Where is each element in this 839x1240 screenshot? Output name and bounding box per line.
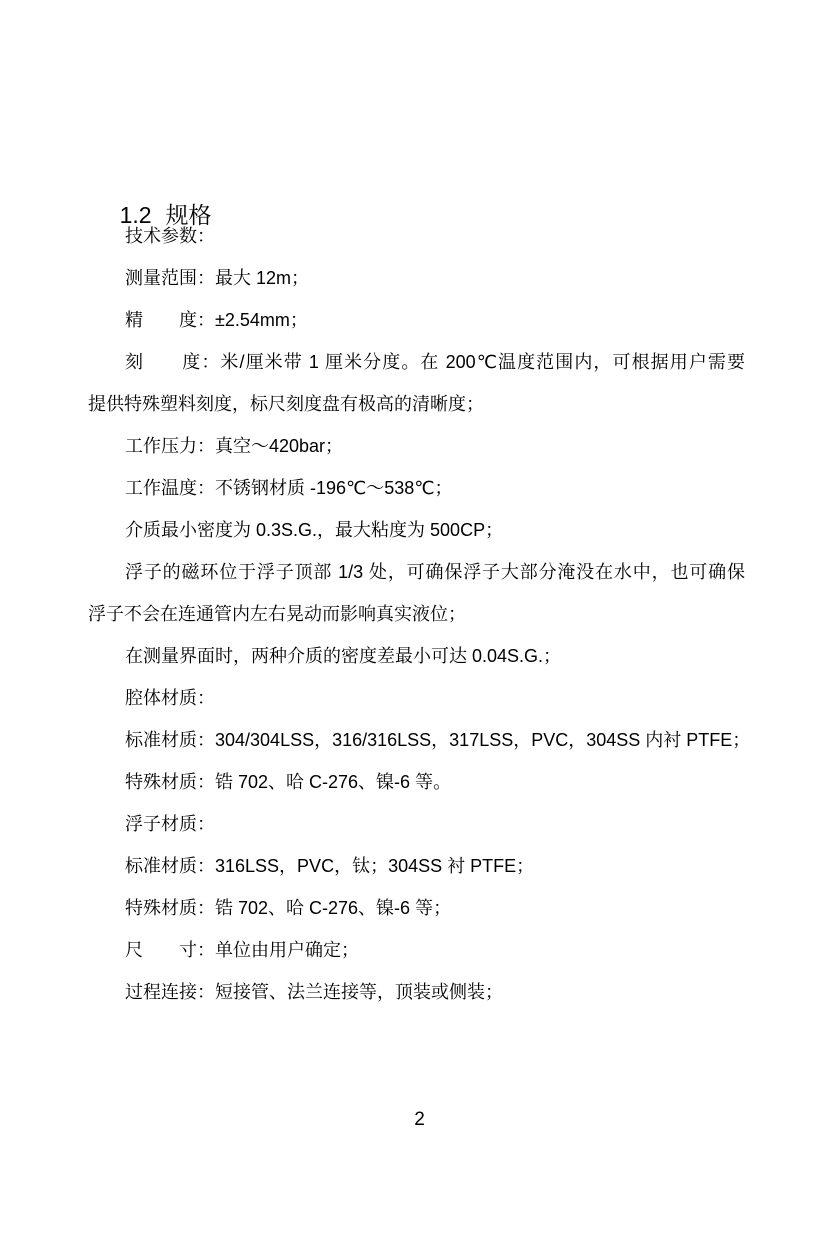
spec-line: 精 度：±2.54mm； xyxy=(88,299,745,341)
spec-line: 浮子材质： xyxy=(88,803,745,845)
document-page: 1.2规格 技术参数： 测量范围：最大 12m； 精 度：±2.54mm； 刻 … xyxy=(0,0,839,1240)
spec-line: 介质最小密度为 0.3S.G.，最大粘度为 500CP； xyxy=(88,509,745,551)
spec-line: 特殊材质：锆 702、哈 C-276、镍-6 等； xyxy=(88,887,745,929)
document-body: 技术参数： 测量范围：最大 12m； 精 度：±2.54mm； 刻 度：米/厘米… xyxy=(88,215,745,1013)
spec-line: 浮子的磁环位于浮子顶部 1/3 处，可确保浮子大部分淹没在水中，也可确保 xyxy=(88,551,745,593)
spec-line: 在测量界面时，两种介质的密度差最小可达 0.04S.G.； xyxy=(88,635,745,677)
spec-line: 工作温度：不锈钢材质 -196℃～538℃； xyxy=(88,467,745,509)
spec-line: 特殊材质：锆 702、哈 C-276、镍-6 等。 xyxy=(88,761,745,803)
spec-line: 标准材质：304/304LSS，316/316LSS，317LSS，PVC，30… xyxy=(88,719,745,761)
spec-line: 测量范围：最大 12m； xyxy=(88,257,745,299)
spec-line: 技术参数： xyxy=(88,215,745,257)
spec-line: 浮子不会在连通管内左右晃动而影响真实液位； xyxy=(88,593,745,635)
spec-line: 腔体材质： xyxy=(88,677,745,719)
spec-line: 过程连接：短接管、法兰连接等，顶装或侧装； xyxy=(88,971,745,1013)
spec-line: 尺 寸：单位由用户确定； xyxy=(88,929,745,971)
spec-line: 刻 度：米/厘米带 1 厘米分度。在 200℃温度范围内，可根据用户需要 xyxy=(88,341,745,383)
spec-line: 标准材质：316LSS，PVC，钛；304SS 衬 PTFE； xyxy=(88,845,745,887)
spec-line: 工作压力：真空～420bar； xyxy=(88,425,745,467)
spec-line: 提供特殊塑料刻度，标尺刻度盘有极高的清晰度； xyxy=(88,383,745,425)
page-number: 2 xyxy=(0,1108,839,1132)
